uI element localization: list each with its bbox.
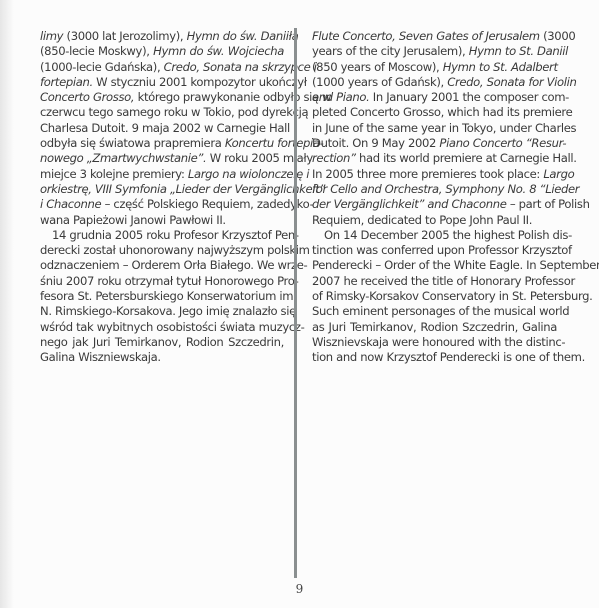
body-text: Such eminent personages of the musical w… (312, 304, 569, 318)
text-line: wana Papieżowi Janowi Pawłowi II. (40, 213, 284, 228)
italic-title-text: nowego „Zmartwychwstanie”. (40, 151, 206, 165)
body-text: nego jak Juri Temirkanov, Rodion Szczedr… (40, 335, 284, 349)
column-divider (294, 28, 297, 578)
text-line: fortepian. W styczniu 2001 kompozytor uk… (40, 75, 284, 90)
text-line: Flute Concerto, Seven Gates of Jerusalem… (312, 29, 557, 44)
text-line: nego jak Juri Temirkanov, Rodion Szczedr… (40, 335, 284, 350)
body-text: (1000-lecie Gdańska), (40, 60, 164, 74)
body-text: derecki został uhonorowany najwyższym po… (40, 243, 310, 257)
body-text: Dutoit. On 9 May 2002 (312, 136, 439, 150)
text-line: (1000 years of Gdańsk), Credo, Sonata fo… (312, 75, 557, 90)
body-text: (3000 (540, 29, 576, 43)
italic-title-text: fortepian. (40, 75, 93, 89)
body-text: – część Polskiego Requiem, zadedyko- (101, 197, 313, 211)
page-number: 9 (0, 582, 599, 596)
text-line: Charlesa Dutoit. 9 maja 2002 w Carnegie … (40, 121, 284, 136)
body-text: On 14 December 2005 the highest Polish d… (324, 228, 572, 242)
body-text: (850 years of Moscow), (312, 60, 443, 74)
text-line: and Piano. In January 2001 the composer … (312, 90, 557, 105)
text-line: years of the city Jerusalem), Hymn to St… (312, 44, 557, 59)
text-line: Dutoit. On 9 May 2002 Piano Concerto “Re… (312, 136, 557, 151)
italic-title-text: Koncertu fortepia- (225, 136, 324, 150)
text-line: miejce 3 kolejne premiery: Largo na wiol… (40, 167, 284, 182)
italic-title-text: Concerto Grosso, (40, 90, 134, 104)
text-line: i Chaconne – część Polskiego Requiem, za… (40, 197, 284, 212)
body-text: W styczniu 2001 kompozytor ukończył (93, 75, 307, 89)
body-text: Penderecki – Order of the White Eagle. I… (312, 258, 599, 272)
text-line: limy (3000 lat Jerozolimy), Hymn do św. … (40, 29, 284, 44)
text-line: for Cello and Orchestra, Symphony No. 8 … (312, 182, 557, 197)
body-text: 2007 he received the title of Honorary P… (312, 274, 575, 288)
text-line: fesora St. Petersburskiego Konserwatoriu… (40, 289, 284, 304)
text-line: Such eminent personages of the musical w… (312, 304, 557, 319)
body-text: N. Rimskiego-Korsakova. Jego imię znalaz… (40, 304, 296, 318)
body-text: of Rimsky-Korsakov Conservatory in St. P… (312, 289, 593, 303)
body-text: In 2005 three more premieres took place: (312, 167, 543, 181)
text-line: Penderecki – Order of the White Eagle. I… (312, 258, 557, 273)
body-text: fesora St. Petersburskiego Konserwatoriu… (40, 289, 297, 303)
booklet-page: limy (3000 lat Jerozolimy), Hymn do św. … (0, 0, 599, 608)
text-line: czerwcu tego samego roku w Tokio, pod dy… (40, 105, 284, 120)
italic-title-text: Hymn do św. Wojciecha (153, 44, 284, 58)
text-line: derecki został uhonorowany najwyższym po… (40, 243, 284, 258)
text-line: 2007 he received the title of Honorary P… (312, 274, 557, 289)
body-text: miejce 3 kolejne premiery: (40, 167, 188, 181)
body-text: wana Papieżowi Janowi Pawłowi II. (40, 213, 226, 227)
italic-title-text: Hymn do św. Daniiła (187, 29, 299, 43)
text-line: in June of the same year in Tokyo, under… (312, 121, 557, 136)
body-text: tion and now Krzysztof Penderecki is one… (312, 350, 585, 364)
body-text: odbyła się światowa prapremiera (40, 136, 225, 150)
italic-title-text: Credo, Sonata for Violin (447, 75, 576, 89)
body-text: wśród tak wybitnych osobistości świata m… (40, 320, 304, 334)
text-line: Concerto Grosso, którego prawykonanie od… (40, 90, 284, 105)
italic-title-text: der Vergänglichkeit” and Chaconne (312, 197, 507, 211)
text-line: odbyła się światowa prapremiera Koncertu… (40, 136, 284, 151)
text-line: Requiem, dedicated to Pope John Paul II. (312, 213, 557, 228)
text-line: (850-lecie Moskwy), Hymn do św. Wojciech… (40, 44, 284, 59)
body-text: as Juri Temirkanov, Rodion Szczedrin, Ga… (312, 320, 557, 334)
text-line: In 2005 three more premieres took place:… (312, 167, 557, 182)
italic-title-text: rection” (312, 151, 356, 165)
text-line: nowego „Zmartwychwstanie”. W roku 2005 m… (40, 151, 284, 166)
text-line: tion and now Krzysztof Penderecki is one… (312, 350, 557, 365)
italic-title-text: i Chaconne (40, 197, 101, 211)
italic-title-text: limy (40, 29, 63, 43)
italic-title-text: for Cello and Orchestra, Symphony No. 8 … (312, 182, 579, 196)
body-text: Wisznievskaja were honoured with the dis… (312, 335, 565, 349)
body-text: śniu 2007 roku otrzymał tytuł Honorowego… (40, 274, 299, 288)
body-text: had its world premiere at Carnegie Hall. (356, 151, 577, 165)
text-line: of Rimsky-Korsakov Conservatory in St. P… (312, 289, 557, 304)
text-line: (1000-lecie Gdańska), Credo, Sonata na s… (40, 60, 284, 75)
body-text: pleted Concerto Grosso, which had its pr… (312, 105, 572, 119)
polish-text-column: limy (3000 lat Jerozolimy), Hymn do św. … (40, 29, 284, 366)
text-line: Galina Wiszniewskaja. (40, 350, 284, 365)
body-text: In January 2001 the composer com- (369, 90, 569, 104)
text-line: pleted Concerto Grosso, which had its pr… (312, 105, 557, 120)
page-edge-shadow (0, 0, 14, 608)
body-text: (3000 lat Jerozolimy), (63, 29, 186, 43)
body-text: in June of the same year in Tokyo, under… (312, 121, 576, 135)
body-text: Charlesa Dutoit. 9 maja 2002 w Carnegie … (40, 121, 290, 135)
body-text: 14 grudnia 2005 roku Profesor Krzysztof … (52, 228, 299, 242)
italic-title-text: Hymn to St. Adalbert (443, 60, 558, 74)
italic-title-text: Hymn to St. Daniil (469, 44, 568, 58)
text-line: On 14 December 2005 the highest Polish d… (312, 228, 557, 243)
italic-title-text: Largo na wiolonczelę i (188, 167, 309, 181)
body-text: years of the city Jerusalem), (312, 44, 469, 58)
text-line: wśród tak wybitnych osobistości świata m… (40, 320, 284, 335)
text-line: śniu 2007 roku otrzymał tytuł Honorowego… (40, 274, 284, 289)
text-line: 14 grudnia 2005 roku Profesor Krzysztof … (40, 228, 284, 243)
text-line: orkiestrę, VIII Symfonia „Lieder der Ver… (40, 182, 284, 197)
italic-title-text: orkiestrę, VIII Symfonia „Lieder der Ver… (40, 182, 325, 196)
italic-title-text: Largo (543, 167, 574, 181)
italic-title-text: Flute Concerto, Seven Gates of Jerusalem (312, 29, 540, 43)
body-text: którego prawykonanie odbyło się w (134, 90, 331, 104)
italic-title-text: and Piano. (312, 90, 369, 104)
text-line: as Juri Temirkanov, Rodion Szczedrin, Ga… (312, 320, 557, 335)
body-text: (1000 years of Gdańsk), (312, 75, 447, 89)
text-line: odznaczeniem – Orderem Orła Białego. We … (40, 258, 284, 273)
body-text: (850-lecie Moskwy), (40, 44, 153, 58)
body-text: Requiem, dedicated to Pope John Paul II. (312, 213, 532, 227)
italic-title-text: Piano Concerto “Resur- (439, 136, 566, 150)
body-text: Galina Wiszniewskaja. (40, 350, 161, 364)
text-line: rection” had its world premiere at Carne… (312, 151, 557, 166)
text-line: tinction was conferred upon Professor Kr… (312, 243, 557, 258)
body-text: tinction was conferred upon Professor Kr… (312, 243, 572, 257)
text-line: N. Rimskiego-Korsakova. Jego imię znalaz… (40, 304, 284, 319)
body-text: odznaczeniem – Orderem Orła Białego. We … (40, 258, 307, 272)
text-line: Wisznievskaja were honoured with the dis… (312, 335, 557, 350)
body-text: czerwcu tego samego roku w Tokio, pod dy… (40, 105, 308, 119)
text-line: der Vergänglichkeit” and Chaconne – part… (312, 197, 557, 212)
body-text: – part of Polish (507, 197, 590, 211)
english-text-column: Flute Concerto, Seven Gates of Jerusalem… (312, 29, 557, 366)
text-line: (850 years of Moscow), Hymn to St. Adalb… (312, 60, 557, 75)
